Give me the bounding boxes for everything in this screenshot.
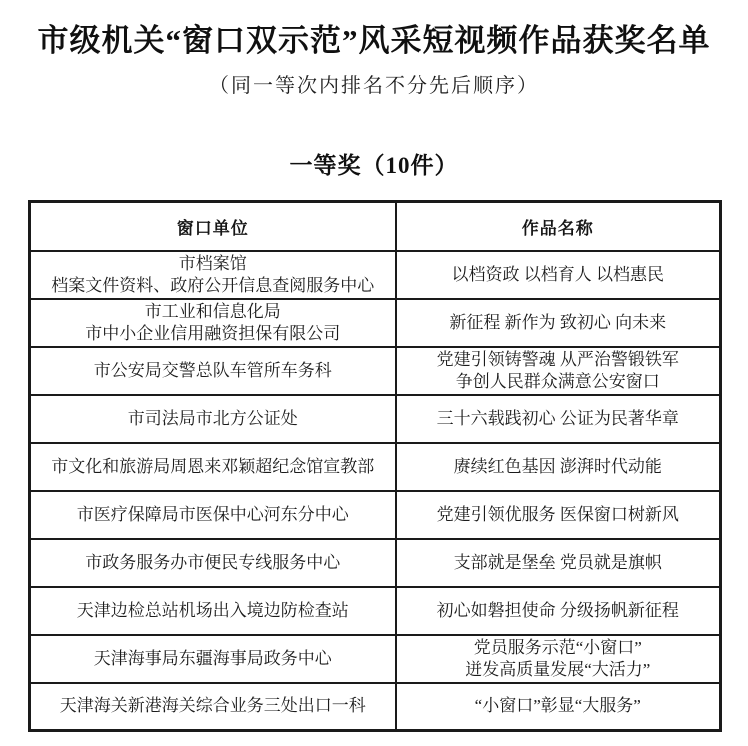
unit-cell: 市档案馆 档案文件资料、政府公开信息查阅服务中心: [30, 251, 396, 299]
unit-cell: 市政务服务办市便民专线服务中心: [30, 539, 396, 587]
unit-cell: 天津海关新港海关综合业务三处出口一科: [30, 683, 396, 731]
work-cell: “小窗口”彰显“大服务”: [396, 683, 721, 731]
work-cell: 以档资政 以档育人 以档惠民: [396, 251, 721, 299]
work-text: 赓续红色基因 澎湃时代动能: [401, 456, 716, 478]
unit-text: 市政务服务办市便民专线服务中心: [35, 552, 391, 574]
table-row: 天津边检总站机场出入境边防检查站 初心如磐担使命 分级扬帆新征程: [30, 587, 721, 635]
unit-cell: 市公安局交警总队车管所车务科: [30, 347, 396, 395]
table-row: 市档案馆 档案文件资料、政府公开信息查阅服务中心 以档资政 以档育人 以档惠民: [30, 251, 721, 299]
work-text: 党建引领铸警魂 从严治警锻铁军: [401, 349, 716, 371]
table-row: 市公安局交警总队车管所车务科 党建引领铸警魂 从严治警锻铁军 争创人民群众满意公…: [30, 347, 721, 395]
unit-text: 天津海事局东疆海事局政务中心: [35, 648, 391, 670]
work-text: 初心如磐担使命 分级扬帆新征程: [401, 600, 716, 622]
table-row: 市工业和信息化局 市中小企业信用融资担保有限公司 新征程 新作为 致初心 向未来: [30, 299, 721, 347]
table-row: 市司法局市北方公证处 三十六载践初心 公证为民著华章: [30, 395, 721, 443]
unit-text: 市中小企业信用融资担保有限公司: [35, 323, 391, 345]
work-text: 支部就是堡垒 党员就是旗帜: [401, 552, 716, 574]
unit-cell: 市文化和旅游局周恩来邓颖超纪念馆宣教部: [30, 443, 396, 491]
work-cell: 赓续红色基因 澎湃时代动能: [396, 443, 721, 491]
table-row: 天津海事局东疆海事局政务中心 党员服务示范“小窗口” 迸发高质量发展“大活力”: [30, 635, 721, 683]
work-text: 党员服务示范“小窗口”: [401, 637, 716, 659]
awards-table: 窗口单位 作品名称 市档案馆 档案文件资料、政府公开信息查阅服务中心 以档资政 …: [28, 200, 722, 732]
unit-text: 市司法局市北方公证处: [35, 408, 391, 430]
table-row: 天津海关新港海关综合业务三处出口一科 “小窗口”彰显“大服务”: [30, 683, 721, 731]
work-cell: 支部就是堡垒 党员就是旗帜: [396, 539, 721, 587]
page-subtitle: （同一等次内排名不分先后顺序）: [0, 69, 748, 98]
column-header-work: 作品名称: [396, 202, 721, 251]
unit-text: 市公安局交警总队车管所车务科: [35, 360, 391, 382]
unit-text: 天津边检总站机场出入境边防检查站: [35, 600, 391, 622]
work-text: 争创人民群众满意公安窗口: [401, 371, 716, 393]
unit-cell: 市司法局市北方公证处: [30, 395, 396, 443]
work-text: 新征程 新作为 致初心 向未来: [401, 312, 716, 334]
unit-text: 市文化和旅游局周恩来邓颖超纪念馆宣教部: [35, 456, 391, 478]
work-text: 迸发高质量发展“大活力”: [401, 659, 716, 681]
unit-text: 市档案馆: [35, 253, 391, 275]
work-text: 党建引领优服务 医保窗口树新风: [401, 504, 716, 526]
table-row: 市政务服务办市便民专线服务中心 支部就是堡垒 党员就是旗帜: [30, 539, 721, 587]
document-page: 市级机关“窗口双示范”风采短视频作品获奖名单 （同一等次内排名不分先后顺序） 一…: [0, 0, 748, 746]
table-header-row: 窗口单位 作品名称: [30, 202, 721, 251]
unit-text: 档案文件资料、政府公开信息查阅服务中心: [35, 275, 391, 297]
unit-text: 市医疗保障局市医保中心河东分中心: [35, 504, 391, 526]
section-heading-first-prize: 一等奖（10件）: [0, 147, 748, 180]
work-cell: 新征程 新作为 致初心 向未来: [396, 299, 721, 347]
page-title: 市级机关“窗口双示范”风采短视频作品获奖名单: [0, 15, 748, 60]
unit-cell: 市医疗保障局市医保中心河东分中心: [30, 491, 396, 539]
work-text: “小窗口”彰显“大服务”: [401, 695, 716, 717]
work-cell: 初心如磐担使命 分级扬帆新征程: [396, 587, 721, 635]
work-cell: 三十六载践初心 公证为民著华章: [396, 395, 721, 443]
table-row: 市文化和旅游局周恩来邓颖超纪念馆宣教部 赓续红色基因 澎湃时代动能: [30, 443, 721, 491]
work-text: 以档资政 以档育人 以档惠民: [401, 264, 716, 286]
work-text: 三十六载践初心 公证为民著华章: [401, 408, 716, 430]
unit-text: 市工业和信息化局: [35, 301, 391, 323]
work-cell: 党员服务示范“小窗口” 迸发高质量发展“大活力”: [396, 635, 721, 683]
column-header-unit: 窗口单位: [30, 202, 396, 251]
work-cell: 党建引领铸警魂 从严治警锻铁军 争创人民群众满意公安窗口: [396, 347, 721, 395]
unit-text: 天津海关新港海关综合业务三处出口一科: [35, 695, 391, 717]
table-row: 市医疗保障局市医保中心河东分中心 党建引领优服务 医保窗口树新风: [30, 491, 721, 539]
unit-cell: 市工业和信息化局 市中小企业信用融资担保有限公司: [30, 299, 396, 347]
unit-cell: 天津边检总站机场出入境边防检查站: [30, 587, 396, 635]
unit-cell: 天津海事局东疆海事局政务中心: [30, 635, 396, 683]
work-cell: 党建引领优服务 医保窗口树新风: [396, 491, 721, 539]
